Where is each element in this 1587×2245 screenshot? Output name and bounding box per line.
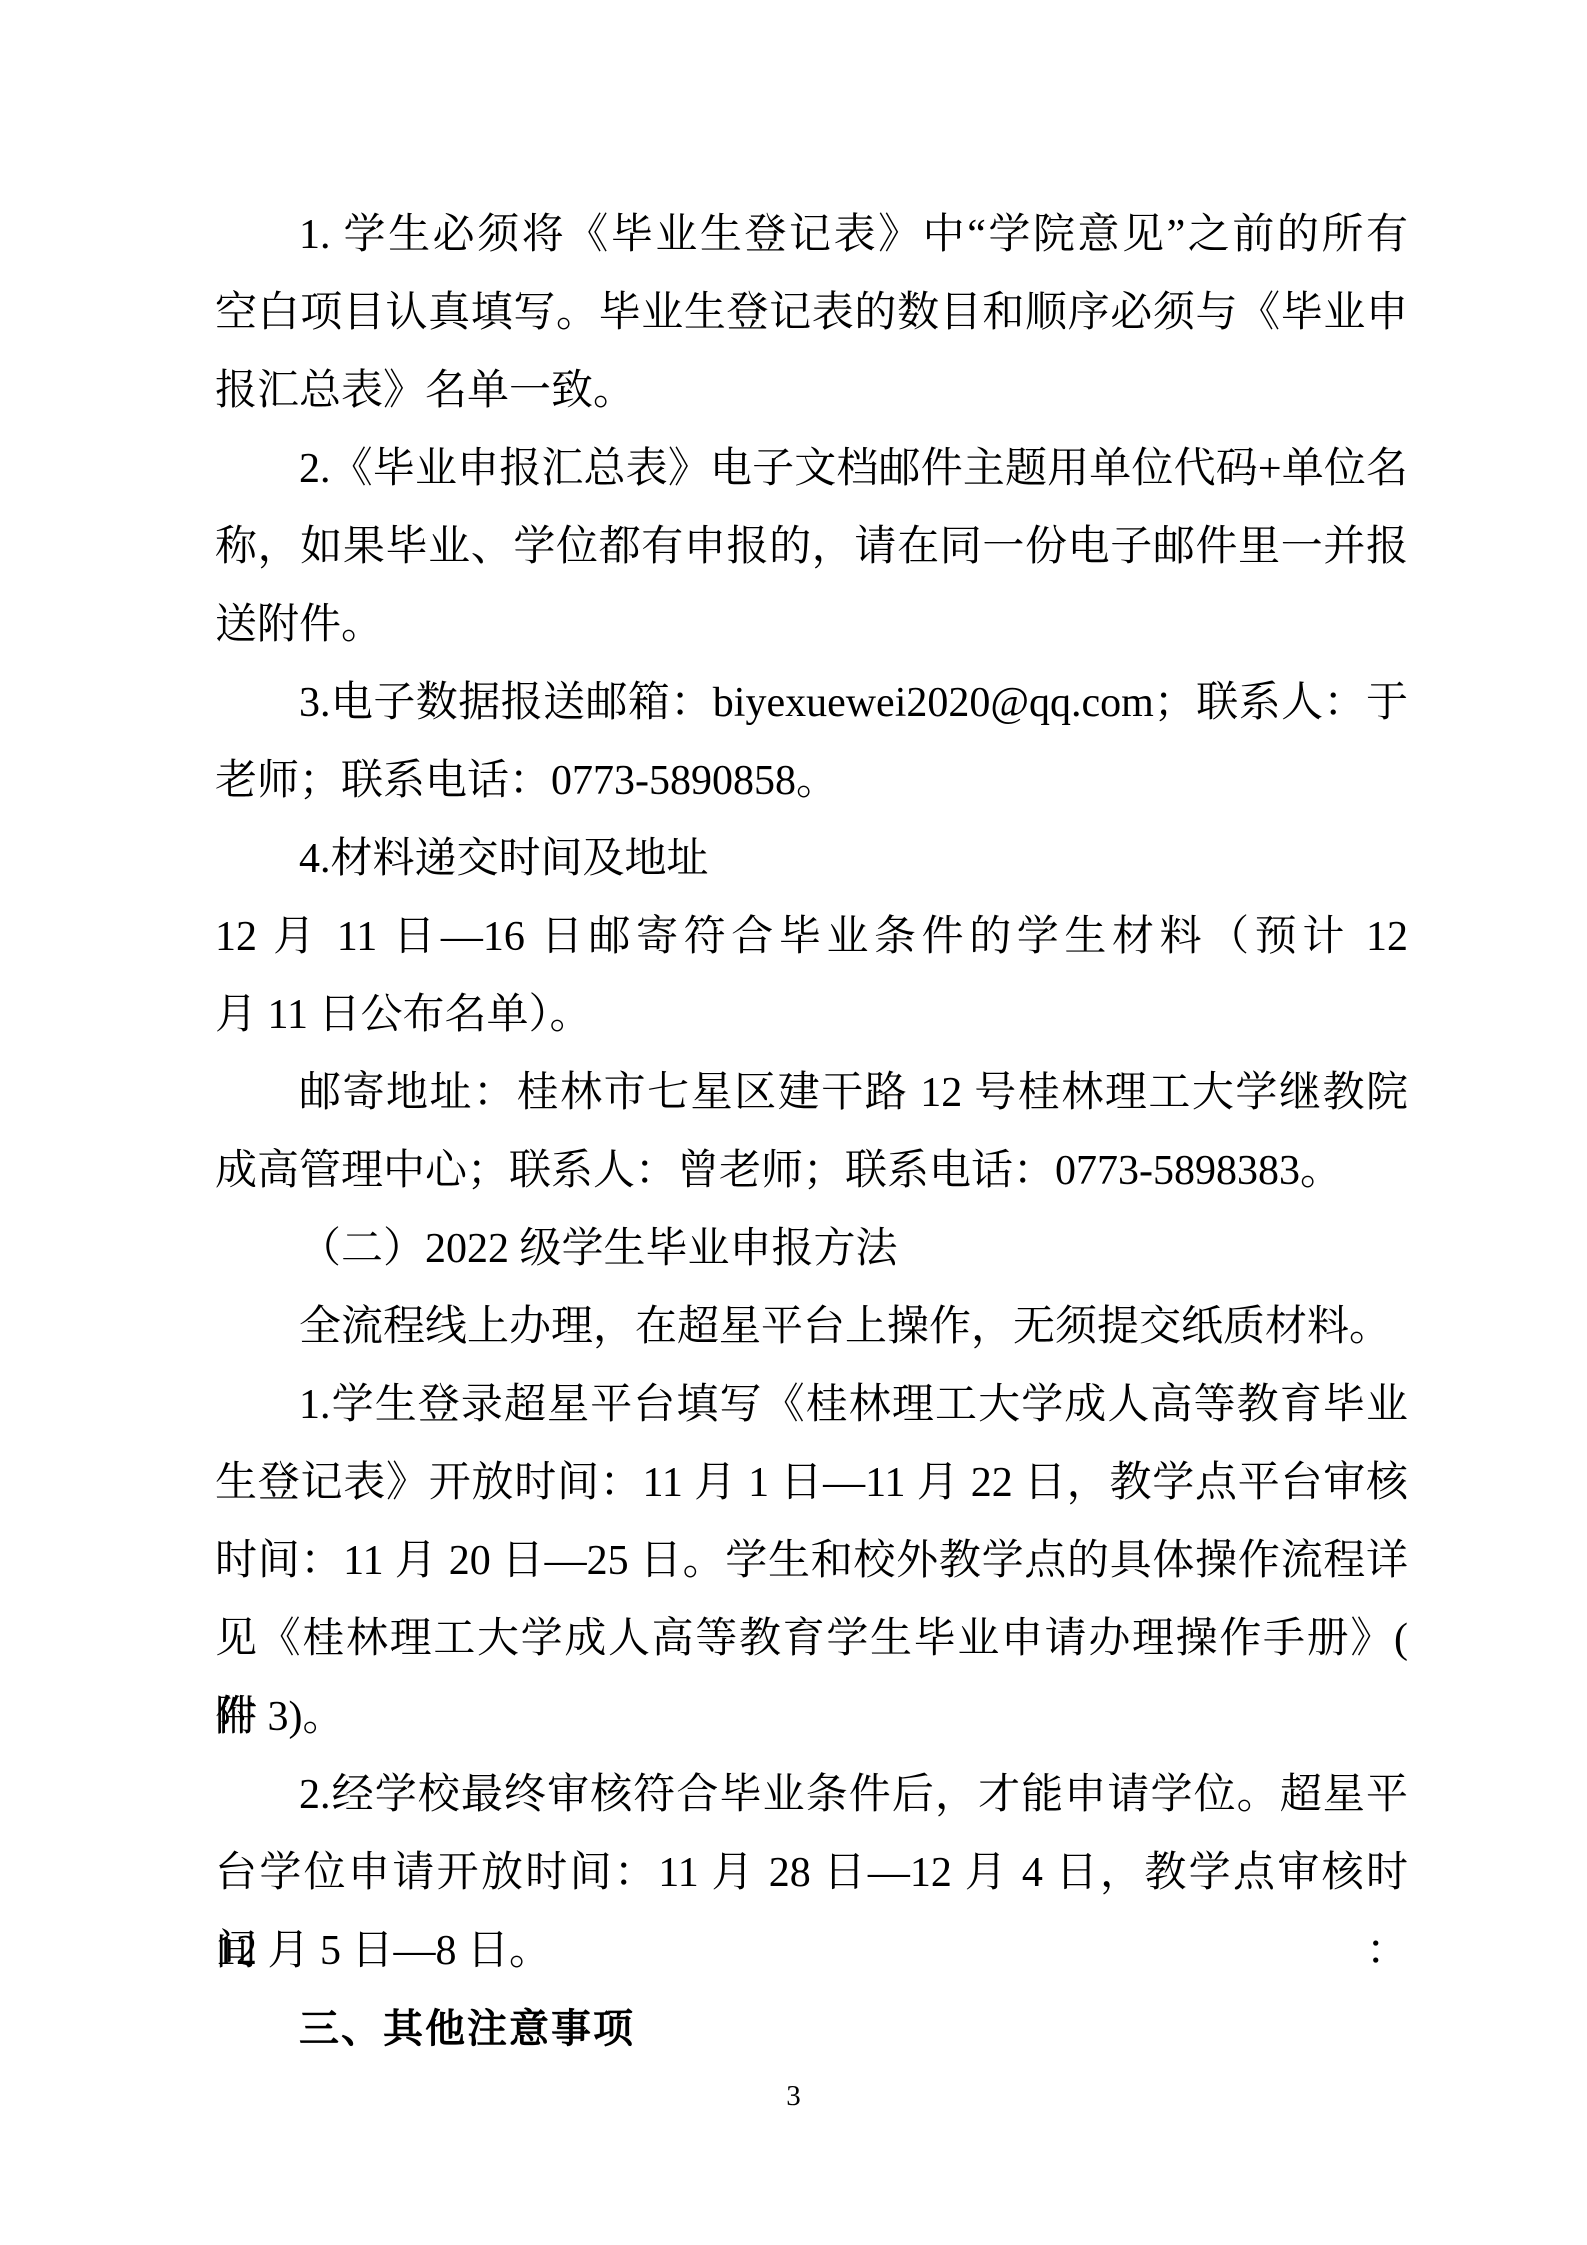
text-line: 台学位申请开放时间：11 月 28 日—12 月 4 日，教学点审核时间： <box>215 1834 1408 1912</box>
text-line: 3.电子数据报送邮箱：biyexuewei2020@qq.com；联系人：于 <box>215 664 1408 742</box>
text-line: 邮寄地址：桂林市七星区建干路 12 号桂林理工大学继教院 <box>215 1054 1408 1132</box>
text-line: 全流程线上办理，在超星平台上操作，无须提交纸质材料。 <box>215 1288 1408 1366</box>
document-body: 1. 学生必须将《毕业生登记表》中“学院意见”之前的所有空白项目认真填写。毕业生… <box>215 196 1408 2068</box>
text-line: 1.学生登录超星平台填写《桂林理工大学成人高等教育毕业 <box>215 1366 1408 1444</box>
text-line: 月 11 日公布名单）。 <box>215 976 1408 1054</box>
text-line: 2.经学校最终审核符合毕业条件后，才能申请学位。超星平 <box>215 1756 1408 1834</box>
text-line: 老师；联系电话：0773-5890858。 <box>215 742 1408 820</box>
text-line: 2.《毕业申报汇总表》电子文档邮件主题用单位代码+单位名 <box>215 430 1408 508</box>
text-line: 4.材料递交时间及地址 <box>215 820 1408 898</box>
text-line: 空白项目认真填写。毕业生登记表的数目和顺序必须与《毕业申 <box>215 274 1408 352</box>
text-line: 送附件。 <box>215 586 1408 664</box>
text-line: 生登记表》开放时间：11 月 1 日—11 月 22 日，教学点平台审核 <box>215 1444 1408 1522</box>
text-line: 件 3)。 <box>215 1678 1408 1756</box>
document-page: 1. 学生必须将《毕业生登记表》中“学院意见”之前的所有空白项目认真填写。毕业生… <box>0 0 1587 2245</box>
text-line: 12 月 11 日—16 日邮寄符合毕业条件的学生材料（预计 12 <box>215 898 1408 976</box>
text-line: 时间：11 月 20 日—25 日。学生和校外教学点的具体操作流程详 <box>215 1522 1408 1600</box>
page-number: 3 <box>0 2078 1587 2114</box>
text-line: 报汇总表》名单一致。 <box>215 352 1408 430</box>
text-line: 称，如果毕业、学位都有申报的，请在同一份电子邮件里一并报 <box>215 508 1408 586</box>
text-line: 1. 学生必须将《毕业生登记表》中“学院意见”之前的所有 <box>215 196 1408 274</box>
text-line: （二）2022 级学生毕业申报方法 <box>215 1210 1408 1288</box>
section-heading: 三、其他注意事项 <box>215 1990 1408 2068</box>
text-line: 见《桂林理工大学成人高等教育学生毕业申请办理操作手册》( 附 <box>215 1600 1408 1678</box>
text-line: 成高管理中心；联系人：曾老师；联系电话：0773-5898383。 <box>215 1132 1408 1210</box>
